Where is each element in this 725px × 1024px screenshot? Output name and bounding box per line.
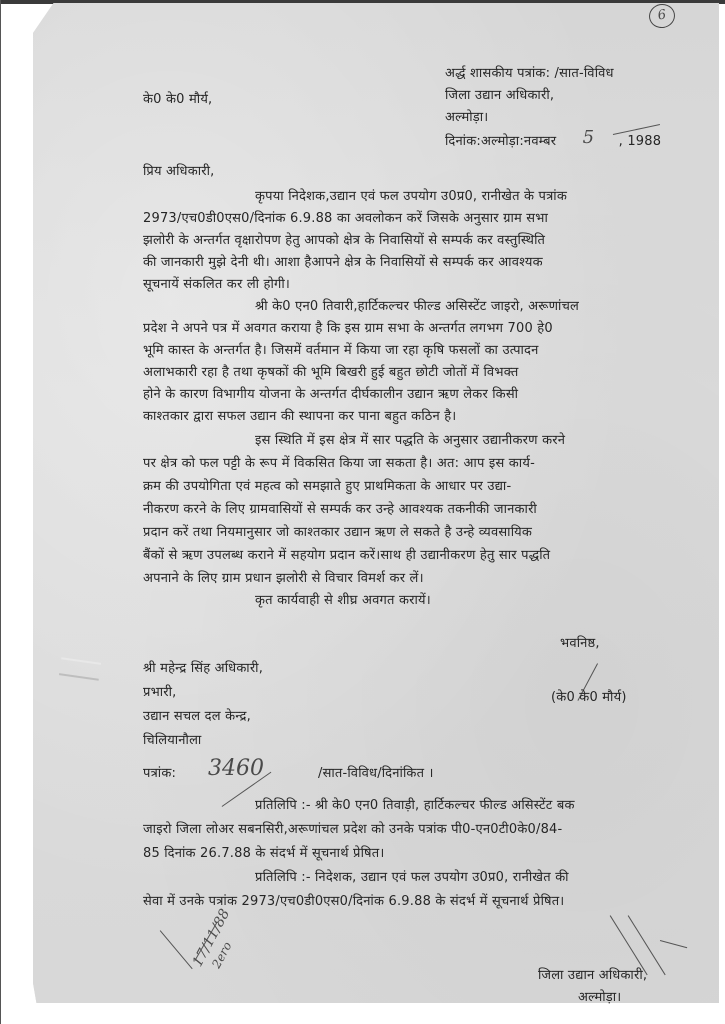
- para2-line1: श्री के0 एन0 तिवारी,हार्टिकल्चर फील्ड अस…: [255, 299, 579, 315]
- para4-line1: कृत कार्यवाही से शीघ्र अवगत करायें।: [255, 593, 431, 609]
- header-place: अल्मोड़ा।: [445, 110, 488, 126]
- para3-line6: बैंकों से ऋण उपलब्ध कराने में सहयोग प्रद…: [143, 548, 550, 564]
- header-date: दिनांक:अल्मोड़ा:नवम्बर 5 , 1988: [445, 132, 661, 150]
- para2-line4: अलाभकारी रहा है तथा कृषकों की भूमि बिखरी…: [143, 365, 518, 381]
- para3-line2: पर क्षेत्र को फल पट्टी के रूप में विकसित…: [143, 456, 535, 472]
- para1-line1: कृपया निदेशक,उद्यान एवं फल उपयोग उ0प्र0,…: [255, 189, 567, 205]
- closing: भवनिष्ठ,: [560, 636, 600, 652]
- recipient-line3: उद्यान सचल दल केन्द्र,: [143, 709, 251, 725]
- reference-label: पत्रांक:: [143, 766, 176, 782]
- date-day-handwritten: 5: [583, 127, 595, 148]
- reference-suffix: /सात-विविध/दिनांकित ।: [318, 766, 434, 782]
- para1-line5: सूचनायें संकलित कर ली होगी।: [143, 277, 290, 293]
- para2-line3: भूमि कास्त के अन्तर्गत है। जिसमें वर्तमा…: [143, 343, 539, 359]
- para3-line4: नीकरण करने के लिए ग्रामवासियों से सम्पर्…: [143, 502, 537, 518]
- header-ref-line: अर्द्ध शासकीय पत्रांक: /सात-विविध: [445, 66, 614, 82]
- para1-line2: 2973/एच0डी0एस0/दिनांक 6.9.88 का अवलोकन क…: [143, 211, 548, 227]
- header-office: जिला उद्यान अधिकारी,: [445, 88, 554, 104]
- para3-line5: प्रदान करें तथा नियमानुसार जो काश्तकार उ…: [143, 525, 532, 541]
- scan-left-border: [0, 0, 1, 1024]
- copy1-line3: 85 दिनांक 26.7.88 के संदर्भ में सूचनार्थ…: [143, 846, 384, 862]
- recipient-line1: श्री महेन्द्र सिंह अधिकारी,: [143, 661, 263, 677]
- signature-name: (के0 के0 मौर्य): [551, 690, 627, 706]
- para3-line3: क्रम की उपयोगिता एवं महत्व को समझाते हुए…: [143, 479, 511, 495]
- para2-line2: प्रदेश ने अपने पत्र में अवगत कराया है कि…: [143, 321, 553, 337]
- sender-name: के0 के0 मौर्य,: [143, 92, 212, 108]
- copy2-line1: प्रतिलिपि :- निदेशक, उद्यान एवं फल उपयोग…: [255, 870, 569, 886]
- salutation: प्रिय अधिकारी,: [143, 164, 215, 180]
- copy2-line2: सेवा में उनके पत्रांक 2973/एच0डी0एस0/दिन…: [143, 894, 564, 910]
- para3-line1: इस स्थिति में इस क्षेत्र में सार पद्धति …: [255, 433, 565, 449]
- para2-line5: होने के कारण विभागीय योजना के अन्तर्गत द…: [143, 387, 518, 403]
- copy1-line2: जाइरो जिला लोअर सबनसिरी,अरूणांचल प्रदेश …: [143, 822, 562, 838]
- date-year: , 1988: [619, 134, 662, 149]
- footer-office-place: अल्मोड़ा।: [578, 990, 621, 1006]
- footer-office-title: जिला उद्यान अधिकारी,: [538, 968, 647, 984]
- date-prefix: दिनांक:अल्मोड़ा:नवम्बर: [445, 134, 556, 149]
- para1-line4: की जानकारी मुझे देनी थी। आशा हैआपने क्षे…: [143, 255, 543, 271]
- recipient-line2: प्रभारी,: [143, 685, 177, 701]
- para3-line7: अपनाने के लिए ग्राम प्रधान झलोरी से विचा…: [143, 571, 424, 587]
- para1-line3: झलोरी के अन्तर्गत वृक्षारोपण हेतु आपको क…: [143, 233, 545, 249]
- copy1-line1: प्रतिलिपि :- श्री के0 एन0 तिवाड़ी, हार्ट…: [255, 798, 575, 814]
- recipient-line4: चिलियानौला: [143, 733, 201, 749]
- para2-line6: काश्तकार द्वारा सफल उद्यान की स्थापना कर…: [143, 409, 456, 425]
- reference-number-handwritten: 3460: [208, 756, 264, 781]
